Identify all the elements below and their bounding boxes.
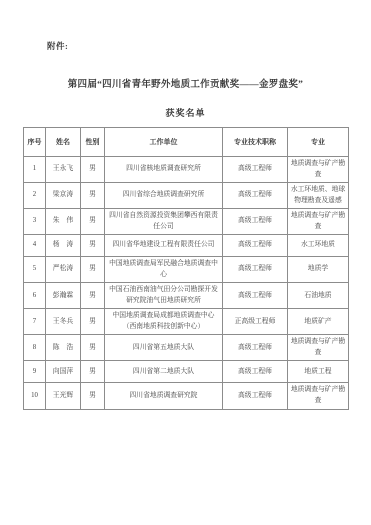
table-cell: 3	[24, 209, 46, 235]
table-cell: 水工环地质	[288, 235, 349, 257]
table-cell: 地质调查与矿产勘查	[288, 335, 349, 361]
table-cell: 高级工程师	[223, 157, 288, 183]
column-header-major: 专业	[288, 128, 349, 157]
table-cell: 陈 浩	[46, 335, 81, 361]
document-title: 第四届“四川省青年野外地质工作贡献奖——金罗盘奖”	[0, 76, 371, 90]
table-cell: 高级工程师	[223, 361, 288, 383]
column-header-unit: 工作单位	[105, 128, 223, 157]
document-page: 附件: 第四届“四川省青年野外地质工作贡献奖——金罗盘奖” 获奖名单 序号 姓名…	[0, 0, 371, 525]
table-cell: 男	[81, 383, 105, 409]
table-cell: 9	[24, 361, 46, 383]
table-cell: 6	[24, 283, 46, 309]
column-header-title: 专业技术职称	[223, 128, 288, 157]
table-cell: 高级工程师	[223, 335, 288, 361]
table-cell: 梁京涛	[46, 183, 81, 209]
table-cell: 男	[81, 283, 105, 309]
table-cell: 王冬兵	[46, 309, 81, 335]
table-cell: 中国地质调查局军民融合地质调查中心	[105, 257, 223, 283]
table-cell: 高级工程师	[223, 235, 288, 257]
table-row: 5严松涛男中国地质调查局军民融合地质调查中心高级工程师地质学	[24, 257, 349, 283]
table-cell: 杨 涛	[46, 235, 81, 257]
table-cell: 2	[24, 183, 46, 209]
table-cell: 王永飞	[46, 157, 81, 183]
table-cell: 朱 伟	[46, 209, 81, 235]
table-cell: 高级工程师	[223, 183, 288, 209]
table-cell: 四川省地质调查研究院	[105, 383, 223, 409]
table-cell: 男	[81, 335, 105, 361]
table-cell: 石油地质	[288, 283, 349, 309]
table-cell: 男	[81, 157, 105, 183]
table-cell: 地质工程	[288, 361, 349, 383]
table-cell: 正高级工程师	[223, 309, 288, 335]
table-header-row: 序号 姓名 性别 工作单位 专业技术职称 专业	[24, 128, 349, 157]
table-cell: 水工环地质、地球物理勘查及遥感	[288, 183, 349, 209]
table-cell: 地质调查与矿产勘查	[288, 209, 349, 235]
table-cell: 4	[24, 235, 46, 257]
table-cell: 7	[24, 309, 46, 335]
table-cell: 高级工程师	[223, 383, 288, 409]
table-cell: 王光辉	[46, 383, 81, 409]
table-cell: 1	[24, 157, 46, 183]
table-row: 8陈 浩男四川省第五地质大队高级工程师地质调查与矿产勘查	[24, 335, 349, 361]
table-cell: 彭瀚霖	[46, 283, 81, 309]
table-row: 1王永飞男四川省核地质调查研究所高级工程师地质调查与矿产勘查	[24, 157, 349, 183]
table-cell: 四川省核地质调查研究所	[105, 157, 223, 183]
document-subtitle: 获奖名单	[0, 106, 371, 119]
table-cell: 男	[81, 257, 105, 283]
table-cell: 四川省自然资源投资集团攀西有限责任公司	[105, 209, 223, 235]
table-cell: 男	[81, 183, 105, 209]
table-cell: 高级工程师	[223, 283, 288, 309]
table-cell: 向国萍	[46, 361, 81, 383]
table-cell: 严松涛	[46, 257, 81, 283]
table-cell: 地质学	[288, 257, 349, 283]
table-row: 2梁京涛男四川省综合地质调查研究所高级工程师水工环地质、地球物理勘查及遥感	[24, 183, 349, 209]
table-cell: 中国地质调查局成都地质调查中心（西南地质科技创新中心）	[105, 309, 223, 335]
table-row: 6彭瀚霖男中国石油西南油气田分公司勘探开发研究院油气田地质研究所高级工程师石油地…	[24, 283, 349, 309]
table-cell: 5	[24, 257, 46, 283]
table-row: 3朱 伟男四川省自然资源投资集团攀西有限责任公司高级工程师地质调查与矿产勘查	[24, 209, 349, 235]
table-cell: 高级工程师	[223, 257, 288, 283]
column-header-seq: 序号	[24, 128, 46, 157]
table-cell: 四川省第五地质大队	[105, 335, 223, 361]
table-cell: 四川省综合地质调查研究所	[105, 183, 223, 209]
award-table: 序号 姓名 性别 工作单位 专业技术职称 专业 1王永飞男四川省核地质调查研究所…	[23, 127, 349, 410]
table-cell: 中国石油西南油气田分公司勘探开发研究院油气田地质研究所	[105, 283, 223, 309]
column-header-gender: 性别	[81, 128, 105, 157]
table-row: 10王光辉男四川省地质调查研究院高级工程师地质调查与矿产勘查	[24, 383, 349, 409]
table-row: 7王冬兵男中国地质调查局成都地质调查中心（西南地质科技创新中心）正高级工程师地质…	[24, 309, 349, 335]
attachment-label: 附件:	[47, 40, 68, 52]
award-table-body: 1王永飞男四川省核地质调查研究所高级工程师地质调查与矿产勘查2梁京涛男四川省综合…	[24, 157, 349, 410]
table-row: 9向国萍男四川省第二地质大队高级工程师地质工程	[24, 361, 349, 383]
table-cell: 四川省第二地质大队	[105, 361, 223, 383]
table-cell: 男	[81, 361, 105, 383]
table-cell: 10	[24, 383, 46, 409]
award-table-container: 序号 姓名 性别 工作单位 专业技术职称 专业 1王永飞男四川省核地质调查研究所…	[23, 127, 348, 410]
table-cell: 男	[81, 209, 105, 235]
table-cell: 高级工程师	[223, 209, 288, 235]
table-cell: 地质调查与矿产勘查	[288, 157, 349, 183]
table-cell: 地质矿产	[288, 309, 349, 335]
table-cell: 男	[81, 309, 105, 335]
table-cell: 男	[81, 235, 105, 257]
table-row: 4杨 涛男四川省华地建设工程有限责任公司高级工程师水工环地质	[24, 235, 349, 257]
table-cell: 8	[24, 335, 46, 361]
table-cell: 地质调查与矿产勘查	[288, 383, 349, 409]
table-cell: 四川省华地建设工程有限责任公司	[105, 235, 223, 257]
column-header-name: 姓名	[46, 128, 81, 157]
